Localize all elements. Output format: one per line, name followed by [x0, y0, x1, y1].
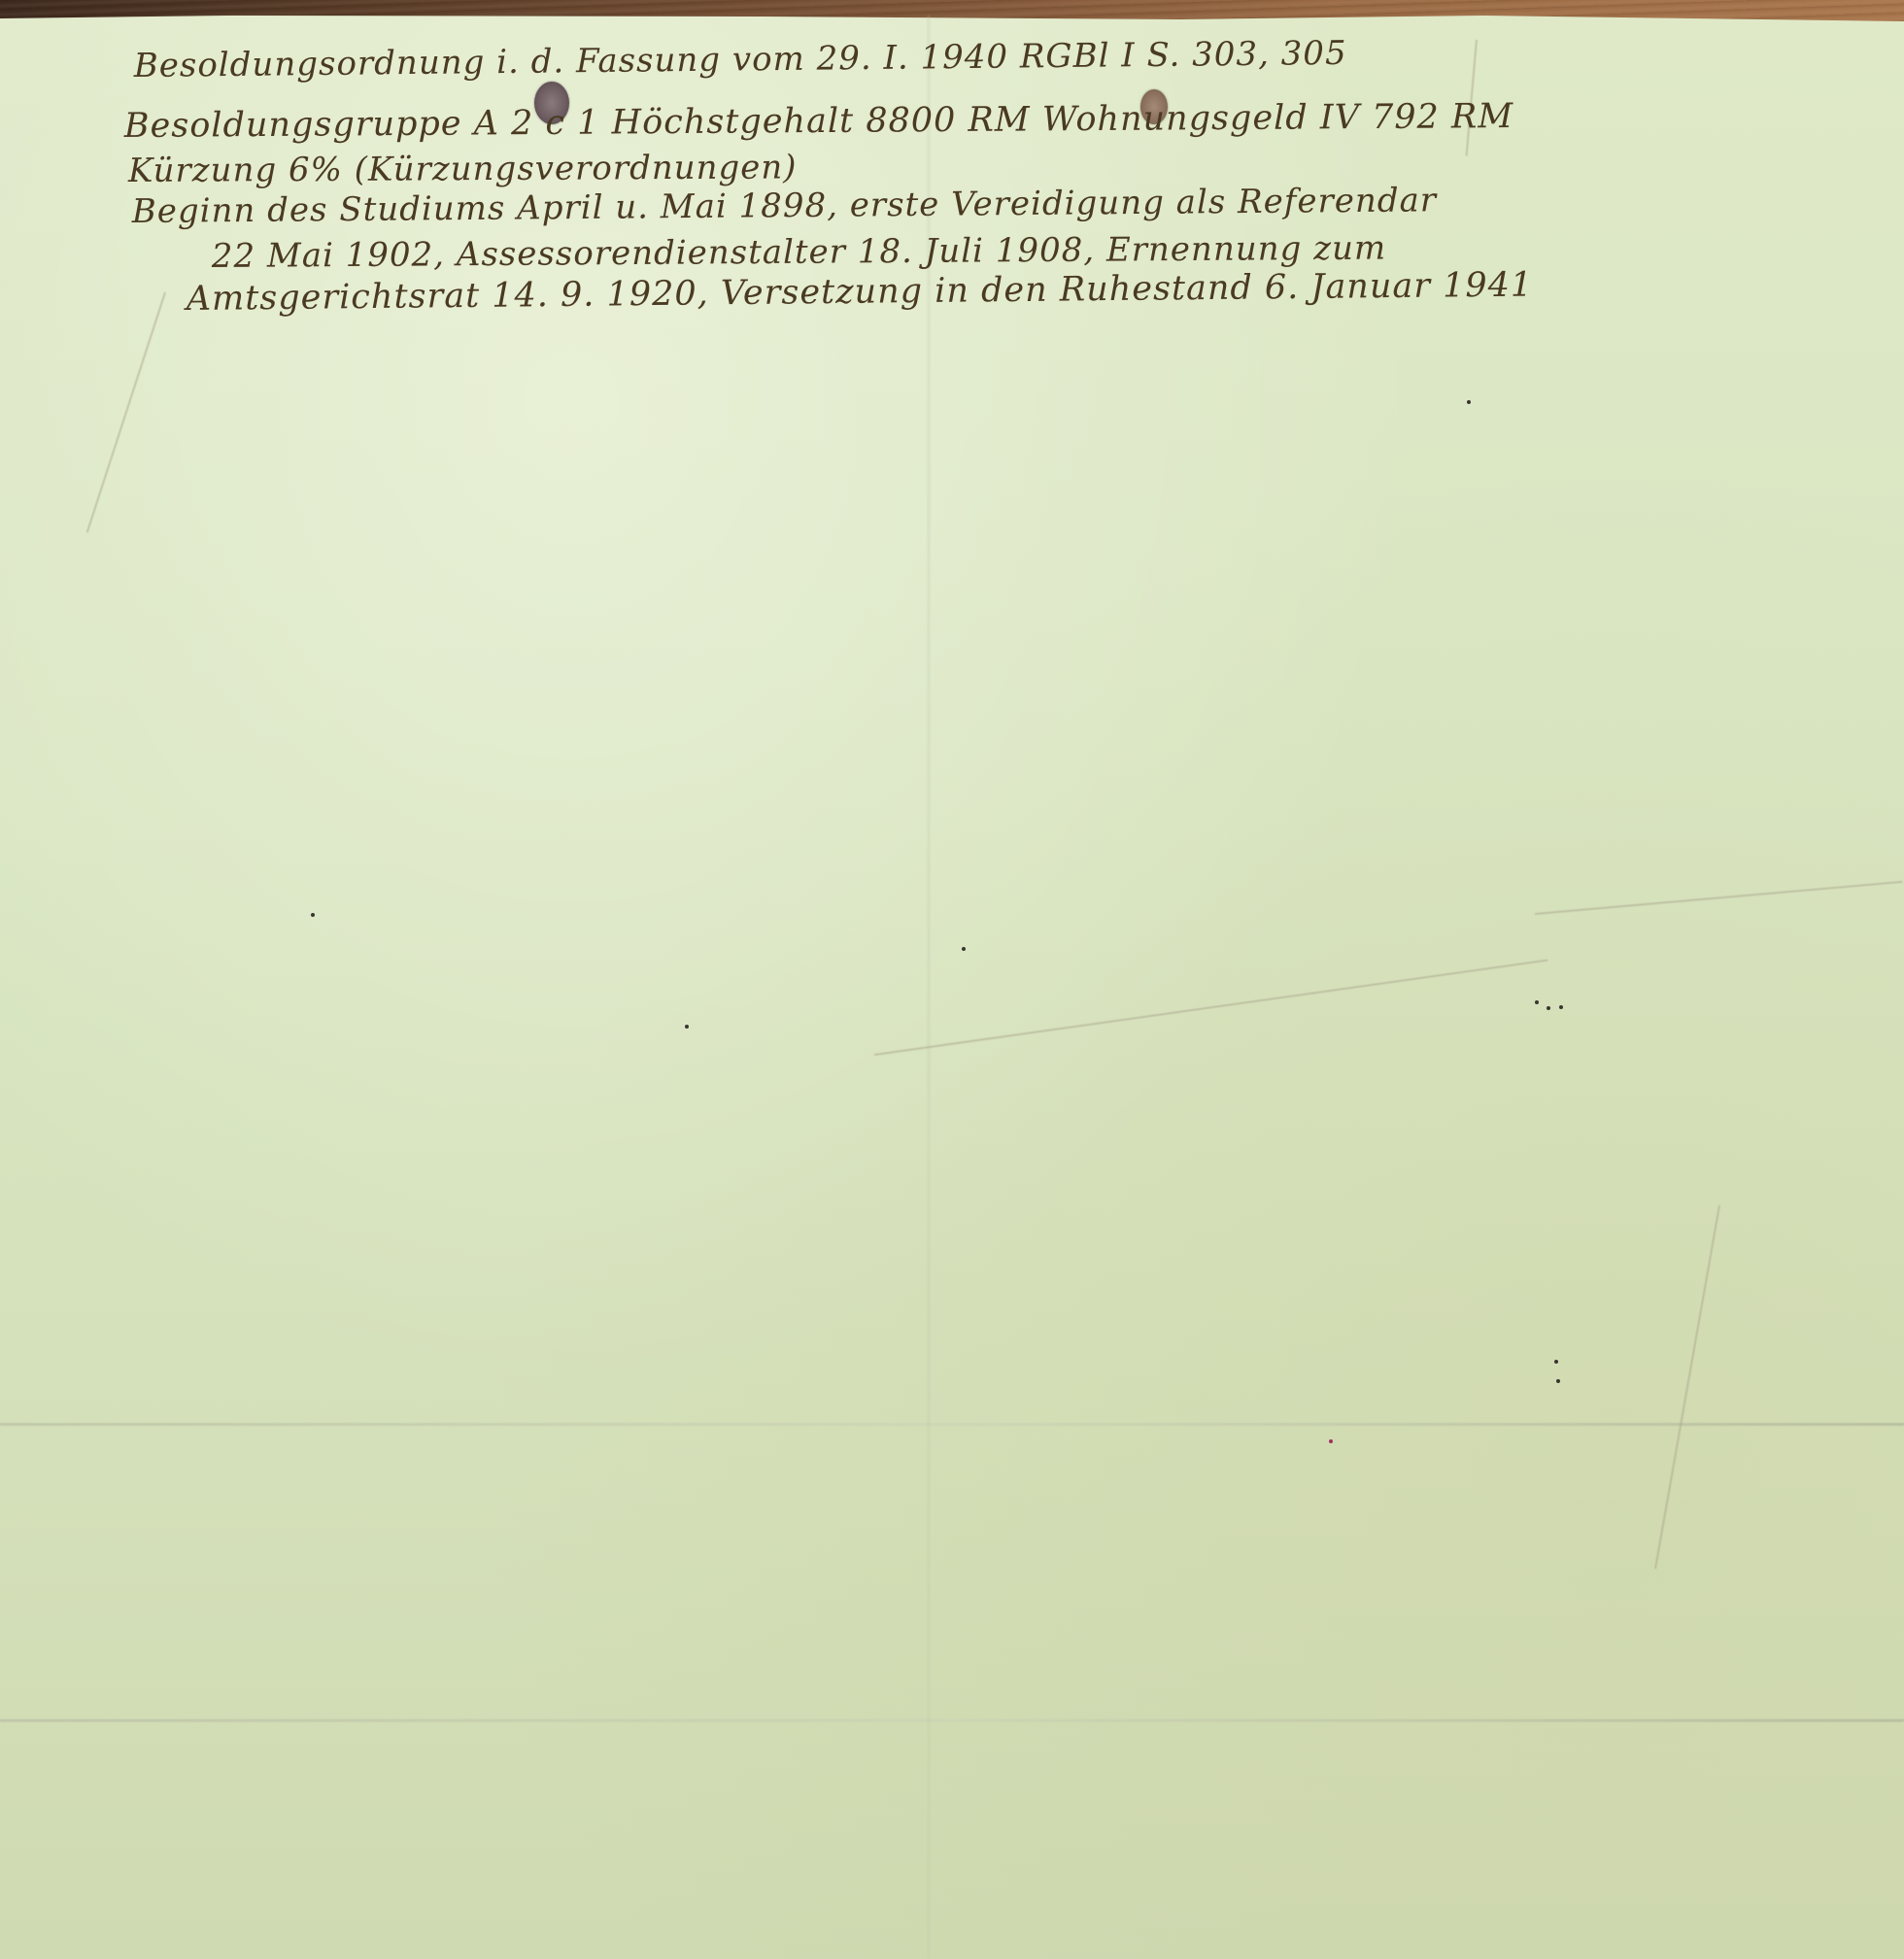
ink-speck — [1535, 1000, 1539, 1004]
ink-speck — [311, 913, 315, 917]
ink-speck — [1556, 1379, 1560, 1383]
ink-speck — [1329, 1439, 1333, 1443]
fold-line-horizontal-lower — [0, 1719, 1904, 1722]
text-line-3: Kürzung 6% (Kürzungsverordnungen) — [128, 148, 798, 190]
ink-speck — [1547, 1006, 1550, 1010]
fold-line-horizontal-upper — [0, 1423, 1904, 1426]
ink-speck — [685, 1025, 689, 1029]
ink-speck — [962, 947, 966, 951]
ink-speck — [1554, 1360, 1558, 1364]
ink-speck — [1559, 1005, 1563, 1009]
ink-speck — [1467, 400, 1471, 404]
